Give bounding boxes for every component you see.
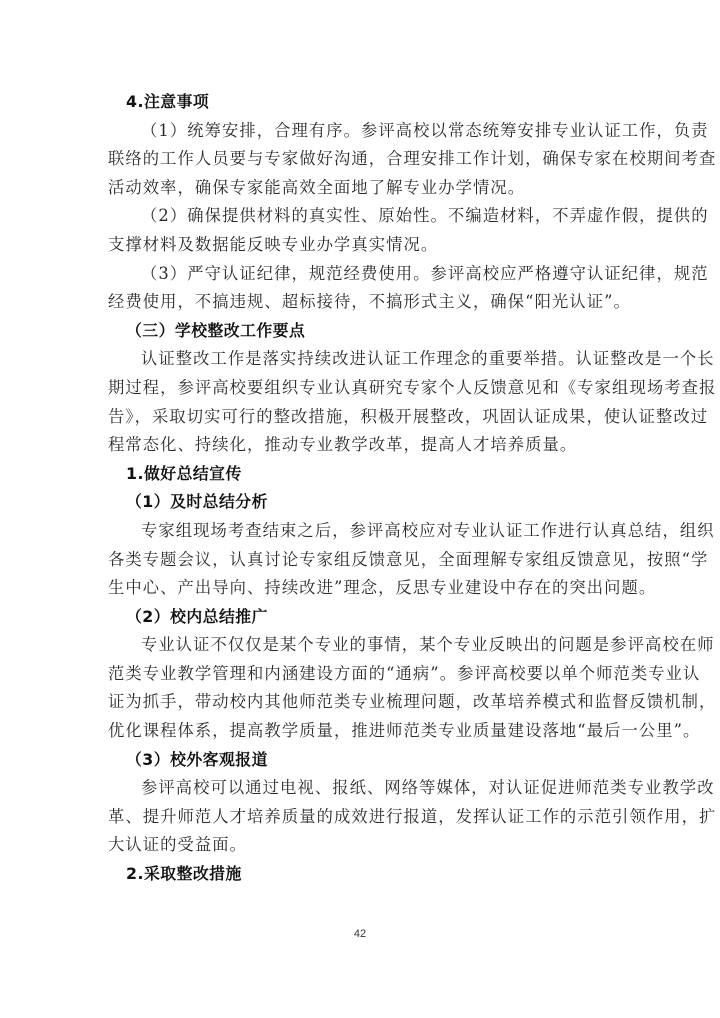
paragraph-line: 支撑材料及数据能反映专业办学真实情况。: [108, 231, 610, 260]
paragraph-line: 联络的工作人员要与专家做好沟通，合理安排工作计划，确保专家在校期间考查: [108, 145, 610, 174]
section-heading: 4.注意事项: [108, 88, 610, 117]
paragraph-line: 期过程，参评高校要组织专业认真研究专家个人反馈意见和《专家组现场考查报: [108, 374, 610, 403]
paragraph-line: （1）统筹安排，合理有序。参评高校以常态统筹安排专业认证工作，负责: [108, 117, 610, 146]
section-heading: （1）及时总结分析: [108, 488, 610, 517]
section-heading: 2.采取整改措施: [108, 860, 610, 889]
paragraph-line: 活动效率，确保专家能高效全面地了解专业办学情况。: [108, 174, 610, 203]
paragraph-line: 生中心、产出导向、持续改进”理念，反思专业建设中存在的突出问题。: [108, 574, 610, 603]
paragraph-line: 大认证的受益面。: [108, 831, 610, 860]
paragraph-line: （3）严守认证纪律，规范经费使用。参评高校应严格遵守认证纪律，规范: [108, 260, 610, 289]
paragraph-line: 告》，采取切实可行的整改措施，积极开展整改，巩固认证成果，使认证整改过: [108, 403, 610, 432]
document-page: 4.注意事项（1）统筹安排，合理有序。参评高校以常态统筹安排专业认证工作，负责联…: [108, 88, 610, 889]
section-heading: （3）校外客观报道: [108, 746, 610, 775]
paragraph-line: 各类专题会议，认真讨论专家组反馈意见，全面理解专家组反馈意见，按照“学: [108, 546, 610, 575]
paragraph-line: 专业认证不仅仅是某个专业的事情，某个专业反映出的问题是参评高校在师: [108, 631, 610, 660]
paragraph-line: 证为抓手，带动校内其他师范类专业梳理问题，改革培养模式和监督反馈机制，: [108, 688, 610, 717]
page-number: 42: [0, 928, 720, 940]
paragraph-line: 参评高校可以通过电视、报纸、网络等媒体，对认证促进师范类专业教学改: [108, 774, 610, 803]
paragraph-line: 革、提升师范人才培养质量的成效进行报道，发挥认证工作的示范引领作用，扩: [108, 803, 610, 832]
paragraph-line: 范类专业教学管理和内涵建设方面的“通病”。参评高校要以单个师范类专业认: [108, 660, 610, 689]
paragraph-line: 认证整改工作是落实持续改进认证工作理念的重要举措。认证整改是一个长: [108, 345, 610, 374]
paragraph-line: （2）确保提供材料的真实性、原始性。不编造材料，不弄虚作假，提供的: [108, 202, 610, 231]
section-heading: （三）学校整改工作要点: [108, 317, 610, 346]
paragraph-line: 优化课程体系，提高教学质量，推进师范类专业质量建设落地“最后一公里”。: [108, 717, 610, 746]
section-heading: 1.做好总结宣传: [108, 460, 610, 489]
paragraph-line: 程常态化、持续化，推动专业教学改革，提高人才培养质量。: [108, 431, 610, 460]
paragraph-line: 专家组现场考查结束之后，参评高校应对专业认证工作进行认真总结，组织: [108, 517, 610, 546]
section-heading: （2）校内总结推广: [108, 603, 610, 632]
paragraph-line: 经费使用，不搞违规、超标接待，不搞形式主义，确保“阳光认证”。: [108, 288, 610, 317]
